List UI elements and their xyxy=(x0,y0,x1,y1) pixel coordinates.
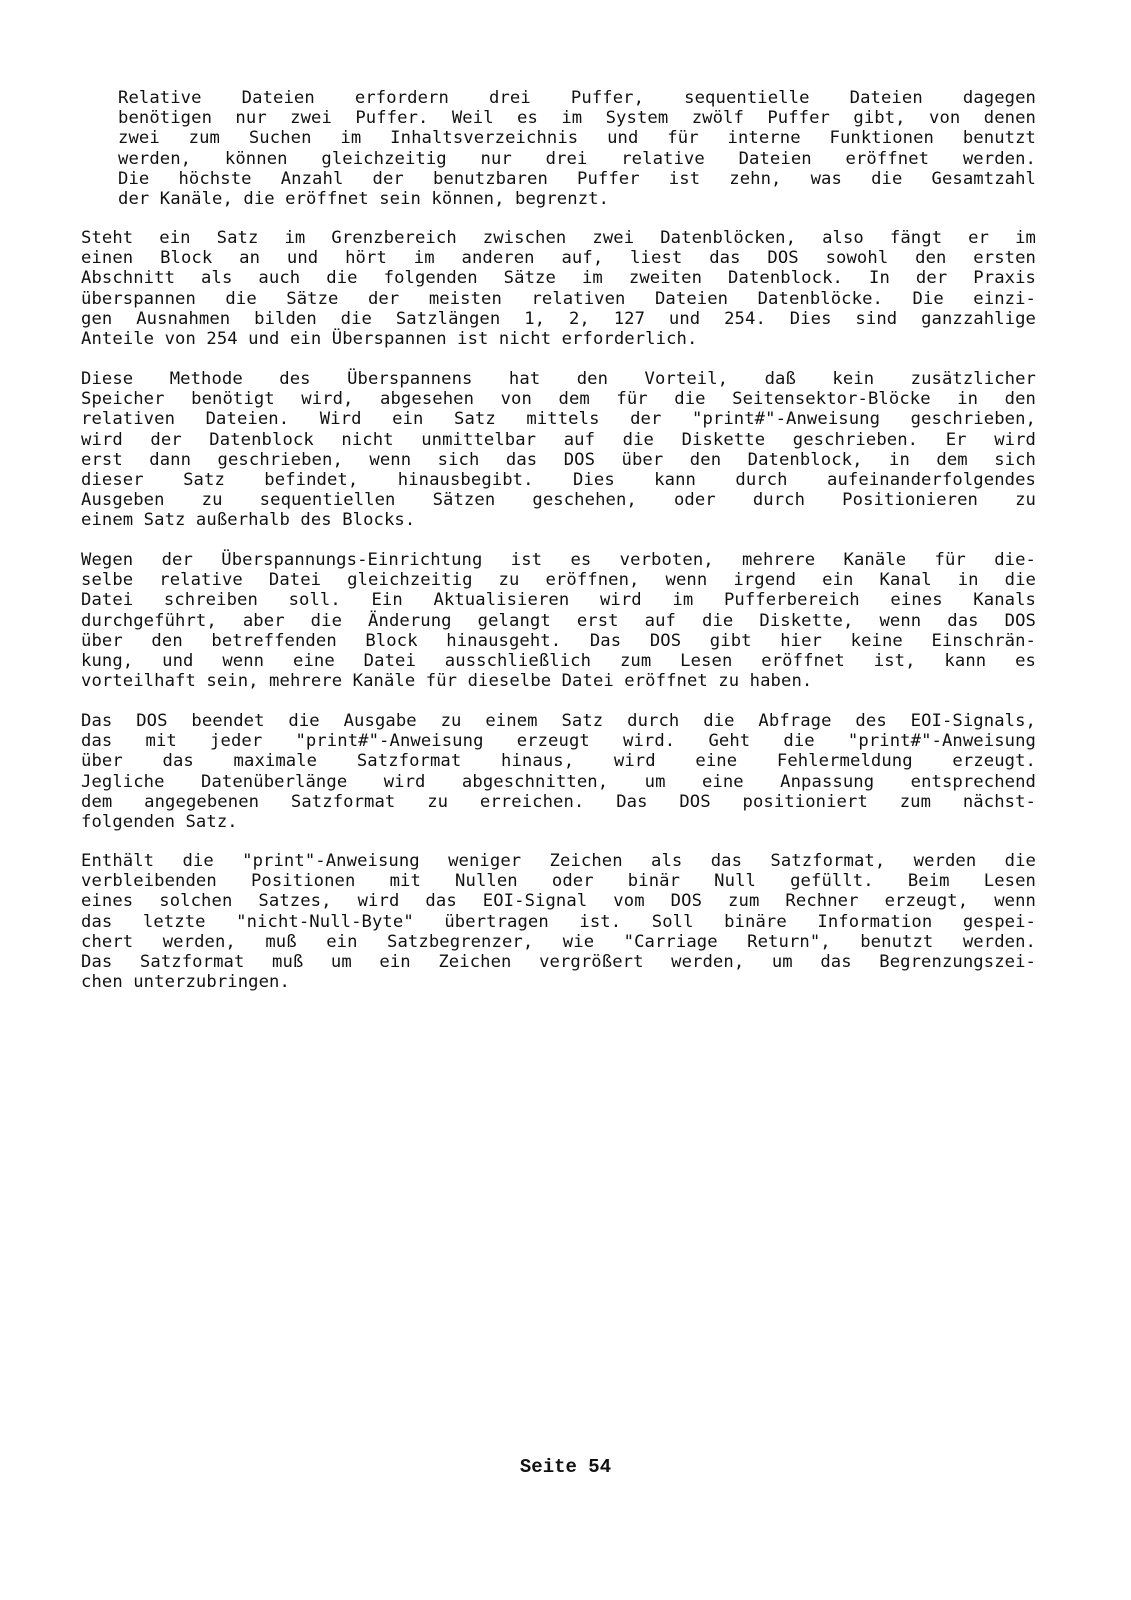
text-line: selbe relative Datei gleichzeitig zu erö… xyxy=(81,570,1036,590)
text-line: gen Ausnahmen bilden die Satzlängen 1, 2… xyxy=(81,309,1036,329)
text-line: Das DOS beendet die Ausgabe zu einem Sat… xyxy=(81,711,1036,731)
text-line: über das maximale Satzformat hinaus, wir… xyxy=(81,751,1036,771)
text-line: das letzte "nicht-Null-Byte" übertragen … xyxy=(81,912,1036,932)
text-line: eines solchen Satzes, wird das EOI-Signa… xyxy=(81,891,1036,911)
paragraph-grenzbereich: Steht ein Satz im Grenzbereich zwischen … xyxy=(81,228,1036,349)
text-line: Steht ein Satz im Grenzbereich zwischen … xyxy=(81,228,1036,248)
page-number: Seite 54 xyxy=(0,1456,1131,1478)
text-line: erst dann geschrieben, wenn sich das DOS… xyxy=(81,450,1036,470)
text-line: der Kanäle, die eröffnet sein können, be… xyxy=(118,189,1036,209)
text-line: dem angegebenen Satzformat zu erreichen.… xyxy=(81,792,1036,812)
text-line: Ausgeben zu sequentiellen Sätzen gescheh… xyxy=(81,490,1036,510)
text-line: Das Satzformat muß um ein Zeichen vergrö… xyxy=(81,952,1036,972)
text-line: Die höchste Anzahl der benutzbaren Puffe… xyxy=(118,169,1036,189)
text-line: Diese Methode des Überspannens hat den V… xyxy=(81,369,1036,389)
text-line: chen unterzubringen. xyxy=(81,972,1036,992)
text-line: Jegliche Datenüberlänge wird abgeschnitt… xyxy=(81,772,1036,792)
text-line: Speicher benötigt wird, abgesehen von de… xyxy=(81,389,1036,409)
text-line: einem Satz außerhalb des Blocks. xyxy=(81,510,1036,530)
document-page: Relative Dateien erfordern drei Puffer, … xyxy=(0,0,1131,1600)
text-line: Enthält die "print"-Anweisung weniger Ze… xyxy=(81,851,1036,871)
text-line: einen Block an und hört im anderen auf, … xyxy=(81,248,1036,268)
text-line: zwei zum Suchen im Inhaltsverzeichnis un… xyxy=(118,128,1036,148)
text-line: über den betreffenden Block hinausgeht. … xyxy=(81,631,1036,651)
text-line: Abschnitt als auch die folgenden Sätze i… xyxy=(81,268,1036,288)
paragraph-puffer: Relative Dateien erfordern drei Puffer, … xyxy=(118,88,1036,209)
text-line: Anteile von 254 und ein Überspannen ist … xyxy=(81,329,1036,349)
text-line: überspannen die Sätze der meisten relati… xyxy=(81,289,1036,309)
text-line: vorteilhaft sein, mehrere Kanäle für die… xyxy=(81,671,1036,691)
text-line: dieser Satz befindet, hinausbegibt. Dies… xyxy=(81,470,1036,490)
text-line: Relative Dateien erfordern drei Puffer, … xyxy=(118,88,1036,108)
text-line: wird der Datenblock nicht unmittelbar au… xyxy=(81,430,1036,450)
text-line: benötigen nur zwei Puffer. Weil es im Sy… xyxy=(118,108,1036,128)
paragraph-print-anweisung: Enthält die "print"-Anweisung weniger Ze… xyxy=(81,851,1036,992)
paragraph-ueberspannung: Wegen der Überspannungs-Einrichtung ist … xyxy=(81,550,1036,691)
paragraph-methode: Diese Methode des Überspannens hat den V… xyxy=(81,369,1036,531)
text-line: relativen Dateien. Wird ein Satz mittels… xyxy=(81,409,1036,429)
text-line: Datei schreiben soll. Ein Aktualisieren … xyxy=(81,590,1036,610)
text-line: chert werden, muß ein Satzbegrenzer, wie… xyxy=(81,932,1036,952)
text-line: folgenden Satz. xyxy=(81,812,1036,832)
text-line: durchgeführt, aber die Änderung gelangt … xyxy=(81,611,1036,631)
text-line: das mit jeder "print#"-Anweisung erzeugt… xyxy=(81,731,1036,751)
text-line: kung, und wenn eine Datei ausschließlich… xyxy=(81,651,1036,671)
paragraph-eoi-signal: Das DOS beendet die Ausgabe zu einem Sat… xyxy=(81,711,1036,832)
text-line: verbleibenden Positionen mit Nullen oder… xyxy=(81,871,1036,891)
text-line: werden, können gleichzeitig nur drei rel… xyxy=(118,149,1036,169)
text-line: Wegen der Überspannungs-Einrichtung ist … xyxy=(81,550,1036,570)
